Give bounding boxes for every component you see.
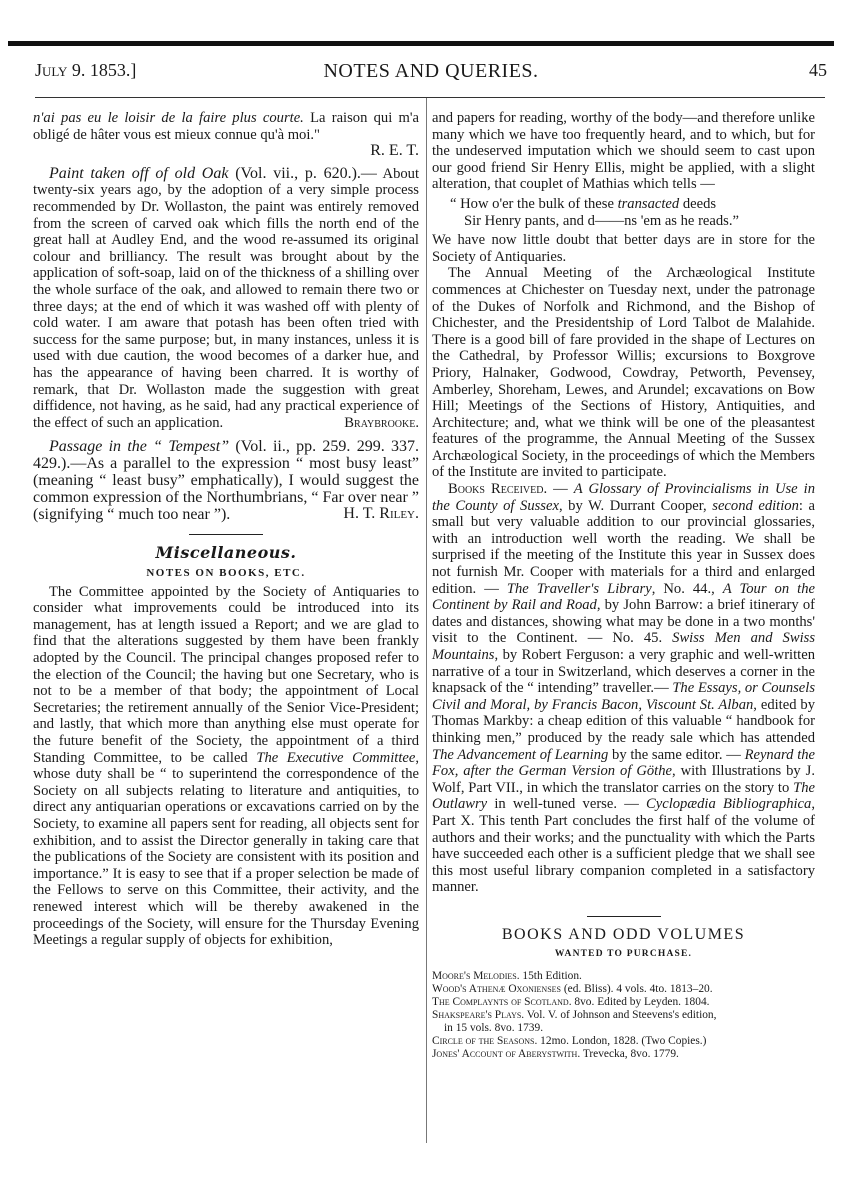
wanted-item: Wood's Athenæ Oxonienses (ed. Bliss). 4 …: [432, 983, 815, 996]
article-title: Paint taken off of old Oak: [49, 165, 228, 182]
article-title: Passage in the “ Tempest”: [49, 438, 229, 455]
column-divider: [426, 98, 427, 1143]
paint-article: Paint taken off of old Oak (Vol. vii., p…: [33, 166, 419, 432]
wanted-item: Circle of the Seasons. 12mo. London, 182…: [432, 1035, 815, 1048]
quote-ending: n'ai pas eu le loisir de la faire plus c…: [33, 110, 419, 143]
section-rule: [189, 534, 263, 535]
signature-ret: R. E. T.: [33, 143, 419, 160]
section-rule: [587, 916, 661, 917]
quote-italic: n'ai pas eu le loisir de la faire plus c…: [33, 110, 304, 126]
books-received: Books Received. — A Glossary of Provinci…: [432, 481, 815, 896]
page-number: 45: [809, 60, 827, 81]
books-section-subtitle: WANTED TO PURCHASE.: [432, 946, 815, 963]
left-column: n'ai pas eu le loisir de la faire plus c…: [33, 110, 419, 949]
right-column: and papers for reading, worthy of the bo…: [432, 110, 815, 1061]
header-rule: [35, 97, 825, 98]
wanted-item: Jones' Account of Aberystwith. Trevecka,…: [432, 1048, 815, 1061]
page-header: July 9. 1853.] NOTES AND QUERIES. 45: [35, 60, 827, 90]
committee-article: The Committee appointed by the Society o…: [33, 584, 419, 949]
mathias-couplet: “ How o'er the bulk of these transacted …: [432, 196, 815, 229]
continuation-text: and papers for reading, worthy of the bo…: [432, 110, 815, 193]
wanted-item: Moore's Melodies. 15th Edition.: [432, 970, 815, 983]
section-subtitle: NOTES ON BOOKS, ETC.: [33, 565, 419, 582]
journal-title: NOTES AND QUERIES.: [35, 60, 827, 83]
wanted-list: Moore's Melodies. 15th Edition.Wood's At…: [432, 970, 815, 1061]
top-rule: [8, 41, 834, 46]
wanted-item: Shakspeare's Plays. Vol. V. of Johnson a…: [432, 1009, 815, 1022]
books-section-title: BOOKS AND ODD VOLUMES: [432, 927, 815, 944]
after-couplet: We have now little doubt that better day…: [432, 232, 815, 265]
institute-article: The Annual Meeting of the Archæological …: [432, 265, 815, 481]
wanted-item: The Complaynts of Scotland. 8vo. Edited …: [432, 996, 815, 1009]
section-title: Miscellaneous.: [33, 545, 419, 562]
